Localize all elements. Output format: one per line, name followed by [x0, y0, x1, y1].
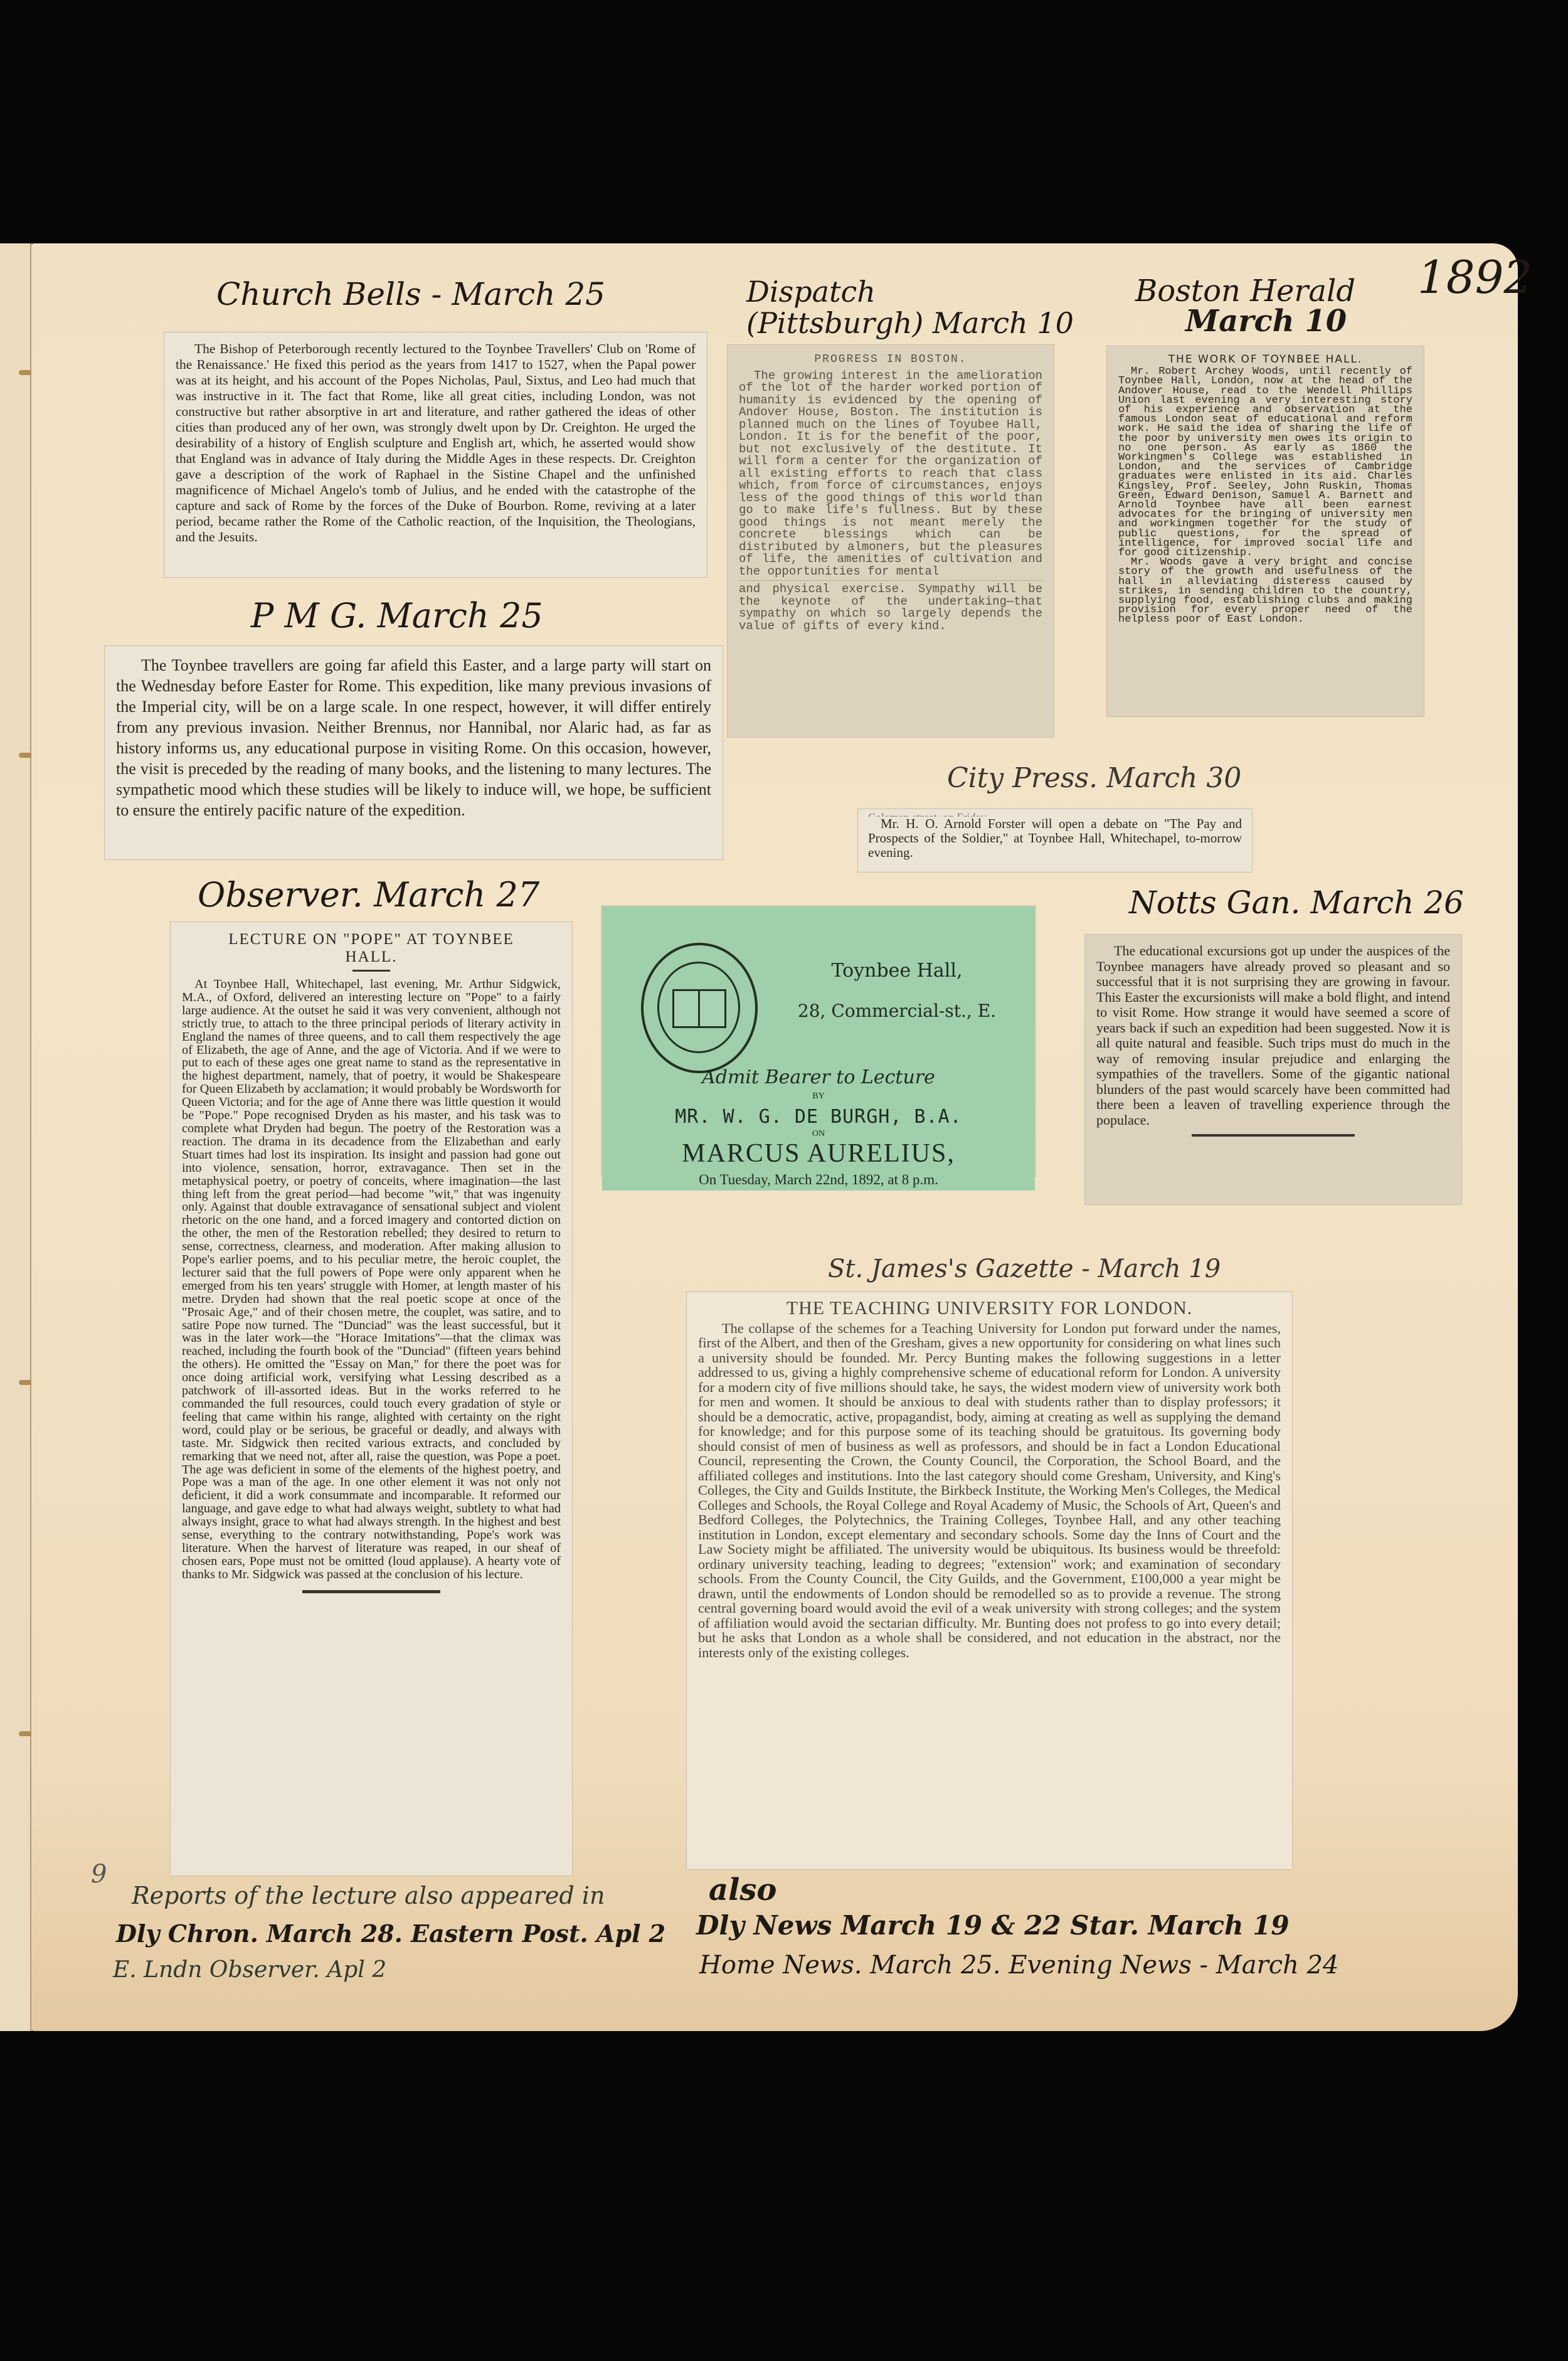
- clipping-label-observer: Observer. March 27: [198, 875, 539, 915]
- clipping-notts: The educational excursions got up under …: [1085, 935, 1461, 1204]
- label-line: (Pittsburgh) March 10: [746, 307, 1074, 339]
- note-home-news: Home News. March 25. Evening News - Marc…: [699, 1951, 1338, 1980]
- margin-mark: 9: [91, 1860, 107, 1889]
- article-headline: PROGRESS IN BOSTON.: [739, 354, 1042, 366]
- headline-line: LECTURE ON "POPE" AT TOYNBEE: [182, 931, 561, 948]
- ticket-subject: MARCUS AURELIUS,: [602, 1138, 1035, 1169]
- clipping-label-dispatch: Dispatch (Pittsburgh) March 10: [746, 276, 1074, 339]
- article-body: At Toynbee Hall, Whitechapel, last eveni…: [182, 978, 561, 1581]
- article-headline: THE WORK OF TOYNBEE HALL.: [1118, 355, 1412, 364]
- note-dly-chron: Dly Chron. March 28. Eastern Post. Apl 2: [116, 1919, 665, 1948]
- admission-ticket: Toynbee Hall, 28, Commercial-st., E. Adm…: [602, 906, 1035, 1176]
- toynbee-seal-icon: [641, 943, 758, 1073]
- article-body-2: Mr. Woods gave a very bright and concise…: [1118, 558, 1412, 624]
- article-headline: THE TEACHING UNIVERSITY FOR LONDON.: [698, 1301, 1281, 1316]
- article-body: Mr. Robert Archey Woods, until recently …: [1118, 367, 1412, 558]
- note-e-london-observer: E. Lndn Observer. Apl 2: [113, 1957, 386, 1983]
- article-body: The Toynbee travellers are going far afi…: [116, 655, 711, 820]
- divider: [302, 1590, 440, 1593]
- ticket-org: Toynbee Hall,: [771, 960, 1022, 982]
- ticket-admit: Admit Bearer to Lecture: [602, 1066, 1035, 1088]
- clipping-church-bells: The Bishop of Peterborough recently lect…: [164, 332, 707, 577]
- clipping-dispatch: PROGRESS IN BOSTON. The growing interest…: [728, 345, 1054, 737]
- label-line: Dispatch: [746, 276, 1074, 307]
- article-headline: LECTURE ON "POPE" AT TOYNBEE HALL.: [182, 931, 561, 966]
- ticket-address: 28, Commercial-st., E.: [771, 1000, 1022, 1021]
- clipping-label-church-bells: Church Bells - March 25: [216, 276, 605, 312]
- ticket-by: BY: [602, 1091, 1035, 1101]
- ticket-lecturer: MR. W. G. DE BURGH, B.A.: [602, 1106, 1035, 1128]
- facing-page-edge: [0, 243, 32, 2031]
- ticket-date: On Tuesday, March 22nd, 1892, at 8 p.m.: [602, 1172, 1035, 1191]
- article-body-continued: and physical exercise. Sympathy will be …: [739, 580, 1042, 632]
- clipping-city-press: Coleman-street, on Friday. Mr. H. O. Arn…: [858, 809, 1252, 872]
- label-line: Boston Herald: [1135, 276, 1355, 306]
- clipping-label-pmg: P M G. March 25: [251, 596, 543, 635]
- article-body: The Bishop of Peterborough recently lect…: [176, 341, 696, 545]
- note-reports-line: Reports of the lecture also appeared in: [132, 1882, 605, 1909]
- clipping-observer: LECTURE ON "POPE" AT TOYNBEE HALL. At To…: [171, 922, 572, 1876]
- ticket-on: ON: [602, 1129, 1035, 1139]
- label-line: March 10: [1135, 306, 1355, 336]
- clipping-label-notts: Notts Gan. March 26: [1129, 884, 1464, 921]
- divider: [352, 970, 390, 972]
- clipping-st-james: THE TEACHING UNIVERSITY FOR LONDON. The …: [687, 1292, 1292, 1869]
- article-body: The collapse of the schemes for a Teachi…: [698, 1321, 1281, 1660]
- year-annotation: 1892: [1417, 251, 1532, 304]
- article-body: The educational excursions got up under …: [1096, 943, 1450, 1128]
- clipping-label-boston-herald: Boston Herald March 10: [1135, 276, 1355, 336]
- clipping-label-city-press: City Press. March 30: [947, 762, 1241, 794]
- article-body: Mr. H. O. Arnold Forster will open a deb…: [868, 817, 1242, 860]
- clipping-label-st-james: St. James's Gazette - March 19: [828, 1255, 1221, 1283]
- open-book-icon: [672, 989, 726, 1028]
- clipping-boston-herald: THE WORK OF TOYNBEE HALL. Mr. Robert Arc…: [1107, 346, 1424, 716]
- article-body: The growing interest in the amelioration…: [739, 370, 1042, 578]
- headline-line: HALL.: [182, 948, 561, 966]
- note-also: also: [709, 1872, 776, 1907]
- divider: [1192, 1134, 1355, 1137]
- clipping-pmg: The Toynbee travellers are going far afi…: [105, 646, 723, 859]
- note-dly-news: Dly News March 19 & 22 Star. March 19: [696, 1910, 1290, 1941]
